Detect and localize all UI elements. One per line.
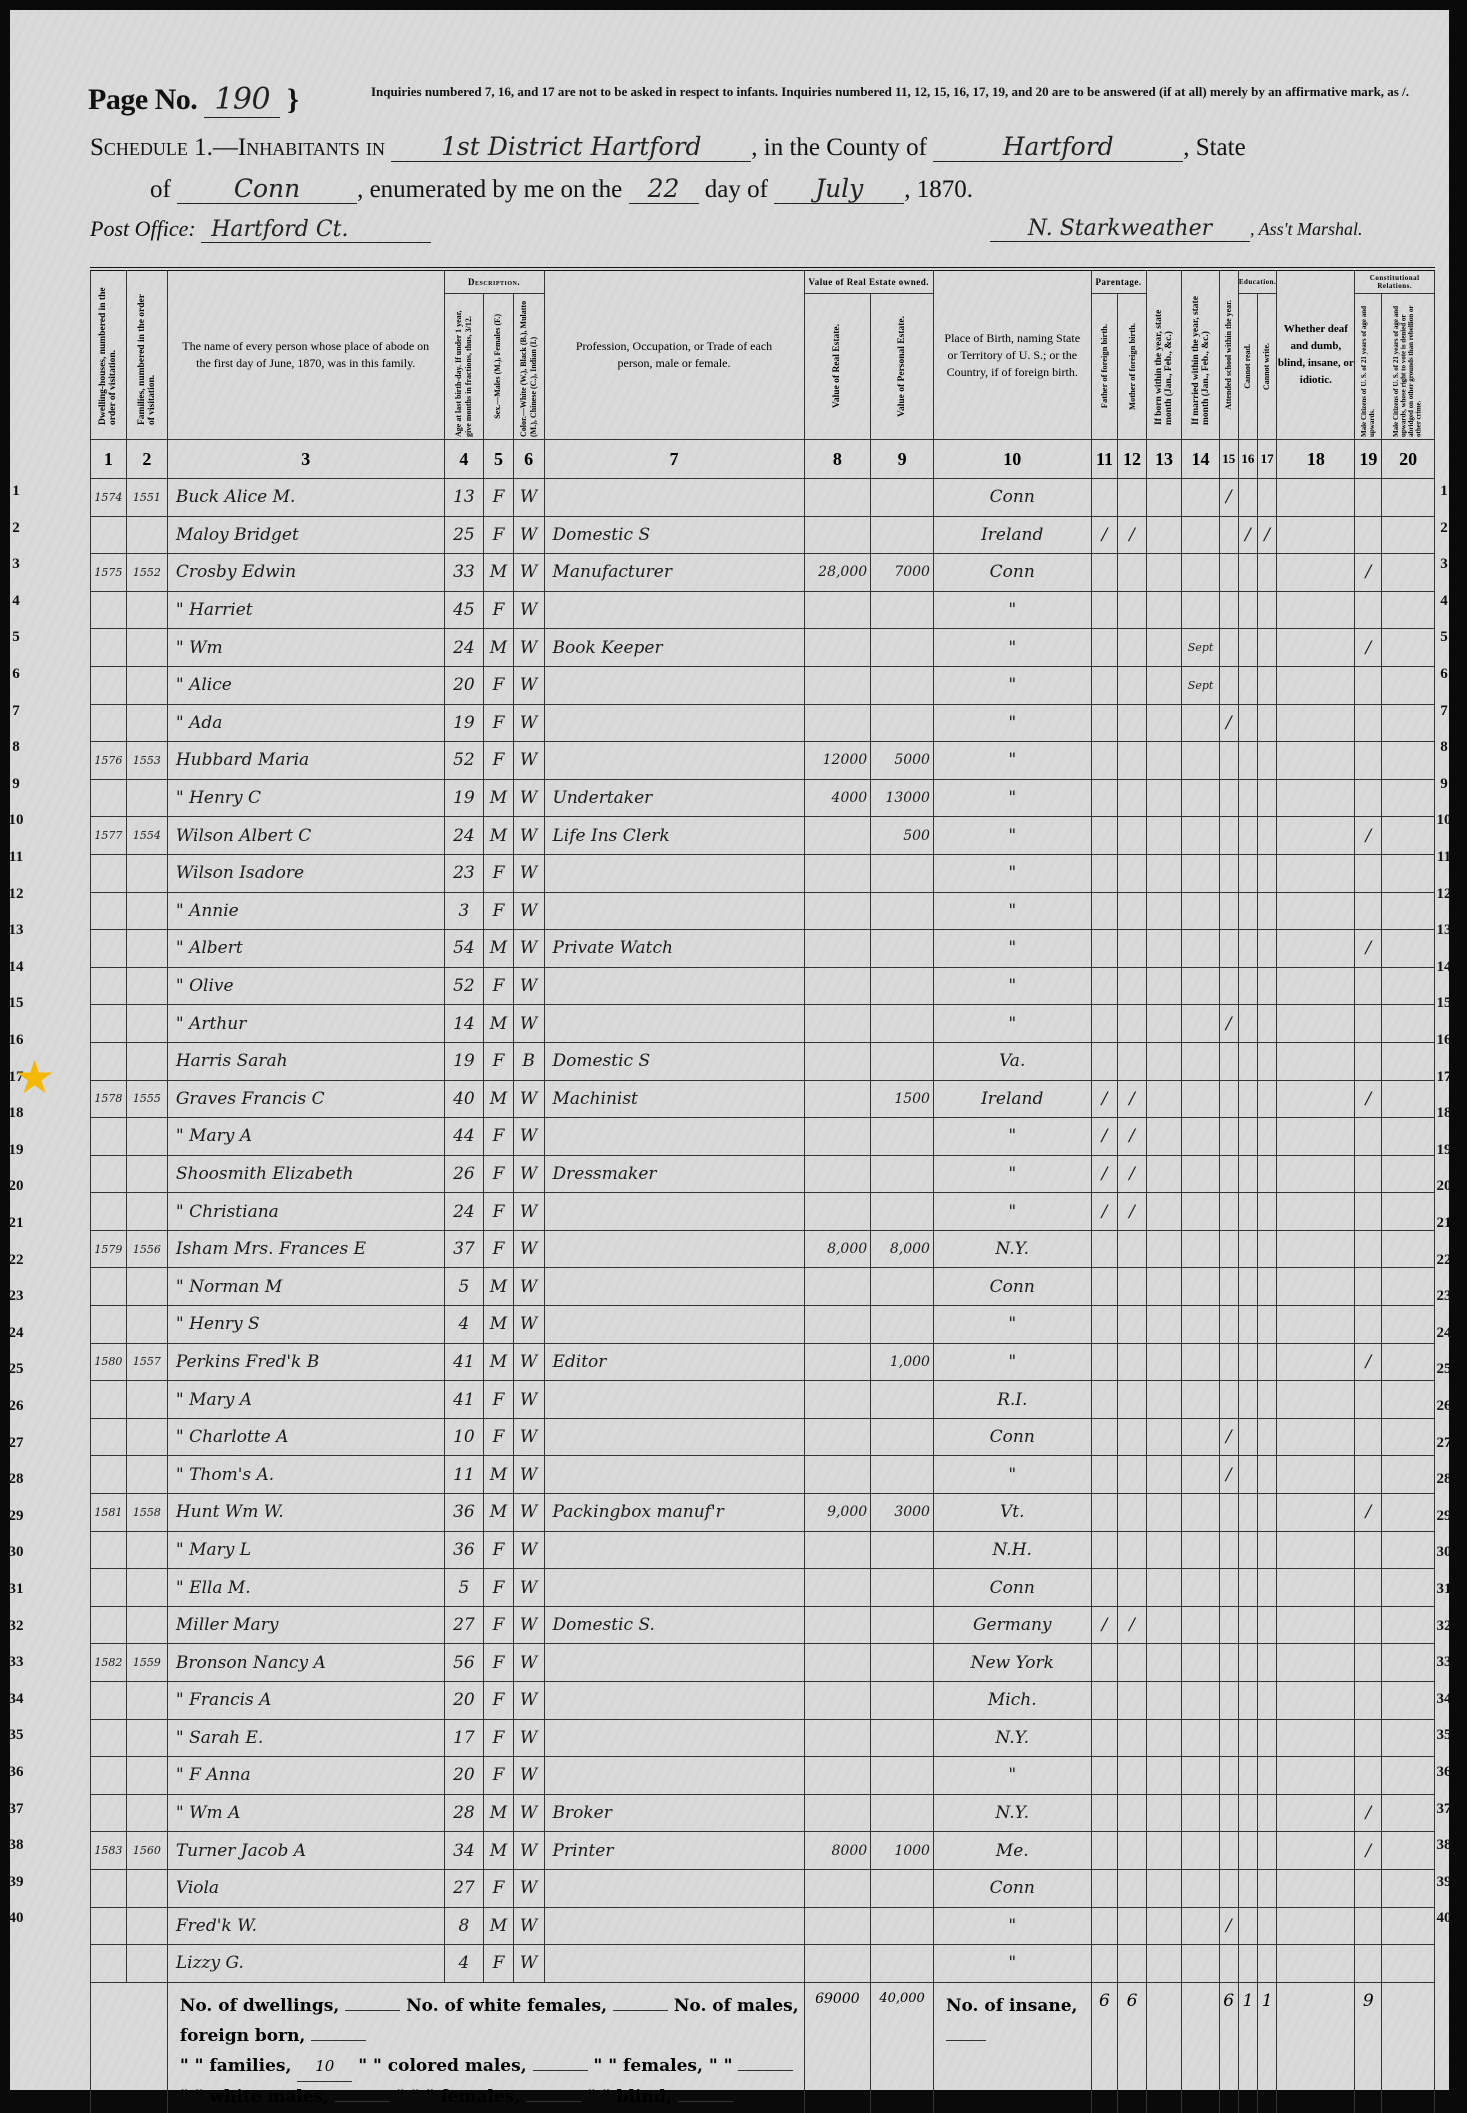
person-name: " Charlotte A bbox=[167, 1418, 444, 1456]
table-row: " Thom's A.11MW"/ bbox=[91, 1456, 1435, 1494]
real-estate-value: 9,000 bbox=[804, 1494, 871, 1532]
dwelling-number bbox=[91, 629, 127, 667]
personal-estate-value bbox=[871, 1418, 934, 1456]
line-number: 18 bbox=[2, 1105, 30, 1122]
line-number: 1 bbox=[2, 483, 30, 500]
birthplace: " bbox=[933, 1005, 1091, 1043]
cannot-write-mark bbox=[1258, 1832, 1277, 1870]
vote-denied-mark bbox=[1382, 930, 1435, 968]
occupation bbox=[544, 1907, 804, 1945]
school-mark bbox=[1219, 1042, 1238, 1080]
mother-foreign-mark bbox=[1118, 1794, 1146, 1832]
real-estate-value bbox=[804, 1794, 871, 1832]
married-month bbox=[1182, 704, 1219, 742]
school-mark bbox=[1219, 1945, 1238, 1983]
vote-denied-mark bbox=[1382, 1456, 1435, 1494]
father-foreign-mark bbox=[1091, 1418, 1118, 1456]
vote-denied-mark bbox=[1382, 854, 1435, 892]
personal-estate-value bbox=[871, 1381, 934, 1419]
cannot-write-mark bbox=[1258, 554, 1277, 592]
disability bbox=[1277, 1531, 1355, 1569]
birthplace: Germany bbox=[933, 1606, 1091, 1644]
dwelling-number bbox=[91, 1456, 127, 1494]
married-month bbox=[1182, 1794, 1219, 1832]
instructions-note: Inquiries numbered 7, 16, and 17 are not… bbox=[340, 84, 1440, 100]
color: W bbox=[513, 554, 544, 592]
married-month bbox=[1182, 930, 1219, 968]
cannot-read-mark bbox=[1238, 1832, 1257, 1870]
school-mark bbox=[1219, 892, 1238, 930]
color: W bbox=[513, 1531, 544, 1569]
birthplace: " bbox=[933, 1456, 1091, 1494]
birthplace: Mich. bbox=[933, 1682, 1091, 1720]
state-field: Conn bbox=[177, 174, 357, 204]
birthplace: " bbox=[933, 742, 1091, 780]
person-name: Crosby Edwin bbox=[167, 554, 444, 592]
color: W bbox=[513, 1794, 544, 1832]
line-number: 14 bbox=[2, 959, 30, 976]
school-mark bbox=[1219, 779, 1238, 817]
born-month bbox=[1146, 479, 1182, 517]
table-row: 15751552Crosby Edwin33MWManufacturer28,0… bbox=[91, 554, 1435, 592]
line-number: 12 bbox=[2, 886, 30, 903]
real-estate-value bbox=[804, 1080, 871, 1118]
table-row: " Sarah E.17FWN.Y. bbox=[91, 1719, 1435, 1757]
cannot-read-mark bbox=[1238, 666, 1257, 704]
birthplace: " bbox=[933, 1155, 1091, 1193]
disability bbox=[1277, 1719, 1355, 1757]
occupation: Editor bbox=[544, 1343, 804, 1381]
sex: F bbox=[484, 1381, 513, 1419]
age: 14 bbox=[444, 1005, 484, 1043]
personal-estate-value bbox=[871, 1005, 934, 1043]
cannot-write-total: 1 bbox=[1258, 1982, 1277, 2113]
person-name: Isham Mrs. Frances E bbox=[167, 1230, 444, 1268]
male-citizen-mark bbox=[1355, 1719, 1382, 1757]
family-number bbox=[126, 1418, 167, 1456]
line-number: 39 bbox=[2, 1874, 30, 1891]
cannot-write-mark bbox=[1258, 1306, 1277, 1344]
mother-foreign-mark bbox=[1118, 1042, 1146, 1080]
color: W bbox=[513, 1945, 544, 1983]
real-estate-value bbox=[804, 1682, 871, 1720]
table-row: 15821559Bronson Nancy A56FWNew York bbox=[91, 1644, 1435, 1682]
age: 52 bbox=[444, 967, 484, 1005]
mother-foreign-mark bbox=[1118, 1456, 1146, 1494]
born-month bbox=[1146, 1268, 1182, 1306]
vote-denied-mark bbox=[1382, 479, 1435, 517]
table-row: Lizzy G.4FW" bbox=[91, 1945, 1435, 1983]
table-row: " Ada19FW"/ bbox=[91, 704, 1435, 742]
vote-denied-mark bbox=[1382, 1418, 1435, 1456]
cannot-write-mark bbox=[1258, 1682, 1277, 1720]
father-foreign-mark bbox=[1091, 1569, 1118, 1607]
vote-denied-mark bbox=[1382, 1193, 1435, 1231]
married-month bbox=[1182, 1005, 1219, 1043]
real-estate-value bbox=[804, 629, 871, 667]
male-citizen-mark bbox=[1355, 1907, 1382, 1945]
personal-estate-value bbox=[871, 479, 934, 517]
person-name: Perkins Fred'k B bbox=[167, 1343, 444, 1381]
born-month bbox=[1146, 1794, 1182, 1832]
color: W bbox=[513, 704, 544, 742]
person-name: " Harriet bbox=[167, 591, 444, 629]
born-month bbox=[1146, 967, 1182, 1005]
married-month bbox=[1182, 742, 1219, 780]
married-month bbox=[1182, 479, 1219, 517]
father-foreign-mark bbox=[1091, 1531, 1118, 1569]
male-citizen-mark bbox=[1355, 1757, 1382, 1795]
vote-denied-mark bbox=[1382, 1869, 1435, 1907]
mother-foreign-mark bbox=[1118, 1268, 1146, 1306]
cannot-read-mark bbox=[1238, 930, 1257, 968]
family-number bbox=[126, 1757, 167, 1795]
birthplace: " bbox=[933, 666, 1091, 704]
vote-denied-mark bbox=[1382, 1794, 1435, 1832]
married-month bbox=[1182, 1230, 1219, 1268]
cannot-write-mark bbox=[1258, 817, 1277, 855]
dwelling-number bbox=[91, 779, 127, 817]
color: W bbox=[513, 1757, 544, 1795]
color: W bbox=[513, 967, 544, 1005]
vote-denied-mark bbox=[1382, 1719, 1435, 1757]
married-month bbox=[1182, 1682, 1219, 1720]
county-field: Hartford bbox=[933, 132, 1183, 162]
born-month bbox=[1146, 1306, 1182, 1344]
occupation bbox=[544, 1531, 804, 1569]
mother-foreign-mark: / bbox=[1118, 1118, 1146, 1156]
birthplace: " bbox=[933, 779, 1091, 817]
cannot-write-mark bbox=[1258, 1644, 1277, 1682]
disability bbox=[1277, 1268, 1355, 1306]
father-foreign-mark bbox=[1091, 1005, 1118, 1043]
birthplace: N.Y. bbox=[933, 1230, 1091, 1268]
real-estate-value bbox=[804, 1719, 871, 1757]
age: 11 bbox=[444, 1456, 484, 1494]
occupation bbox=[544, 1418, 804, 1456]
marshal-signature-line: N. Starkweather, Ass't Marshal. bbox=[990, 216, 1363, 242]
real-estate-value bbox=[804, 1869, 871, 1907]
sex: M bbox=[484, 930, 513, 968]
disability bbox=[1277, 1494, 1355, 1532]
born-month bbox=[1146, 892, 1182, 930]
personal-estate-value bbox=[871, 591, 934, 629]
personal-estate-value: 1000 bbox=[871, 1832, 934, 1870]
born-month bbox=[1146, 1907, 1182, 1945]
table-row: 15811558Hunt Wm W.36MWPackingbox manuf'r… bbox=[91, 1494, 1435, 1532]
sex: F bbox=[484, 1569, 513, 1607]
real-estate-value bbox=[804, 967, 871, 1005]
vote-denied-mark bbox=[1382, 1606, 1435, 1644]
sex: M bbox=[484, 1907, 513, 1945]
occupation bbox=[544, 666, 804, 704]
male-citizen-mark bbox=[1355, 1230, 1382, 1268]
family-number: 1556 bbox=[126, 1230, 167, 1268]
day-field: 22 bbox=[629, 174, 699, 204]
line-number: 11 bbox=[2, 849, 30, 866]
male-citizen-mark bbox=[1355, 1193, 1382, 1231]
table-row: Shoosmith Elizabeth26FWDressmaker"// bbox=[91, 1155, 1435, 1193]
mother-foreign-mark bbox=[1118, 1945, 1146, 1983]
mother-foreign-total: 6 bbox=[1118, 1982, 1146, 2113]
male-citizen-mark: / bbox=[1355, 1794, 1382, 1832]
school-total: 6 bbox=[1219, 1982, 1238, 2113]
cannot-read-mark bbox=[1238, 1644, 1257, 1682]
birthplace: " bbox=[933, 1193, 1091, 1231]
personal-estate-value bbox=[871, 1531, 934, 1569]
personal-estate-value bbox=[871, 892, 934, 930]
table-row: " F Anna20FW" bbox=[91, 1757, 1435, 1795]
dwelling-number bbox=[91, 1606, 127, 1644]
disability bbox=[1277, 1456, 1355, 1494]
real-estate-value bbox=[804, 1456, 871, 1494]
real-estate-value bbox=[804, 930, 871, 968]
person-name: Bronson Nancy A bbox=[167, 1644, 444, 1682]
disability bbox=[1277, 1757, 1355, 1795]
color: W bbox=[513, 1569, 544, 1607]
dwelling-number bbox=[91, 1005, 127, 1043]
color: W bbox=[513, 666, 544, 704]
cannot-read-mark bbox=[1238, 1268, 1257, 1306]
person-name: Maloy Bridget bbox=[167, 516, 444, 554]
disability bbox=[1277, 1606, 1355, 1644]
line-number: 21 bbox=[2, 1215, 30, 1232]
table-row: " Alice20FW"Sept bbox=[91, 666, 1435, 704]
cannot-read-mark bbox=[1238, 1005, 1257, 1043]
school-mark bbox=[1219, 554, 1238, 592]
mother-foreign-mark bbox=[1118, 704, 1146, 742]
family-number: 1552 bbox=[126, 554, 167, 592]
line-number: 20 bbox=[2, 1178, 30, 1195]
person-name: Wilson Isadore bbox=[167, 854, 444, 892]
personal-estate-value bbox=[871, 1306, 934, 1344]
cannot-write-mark bbox=[1258, 1456, 1277, 1494]
vote-denied-mark bbox=[1382, 1757, 1435, 1795]
school-mark bbox=[1219, 742, 1238, 780]
age: 24 bbox=[444, 629, 484, 667]
birthplace: " bbox=[933, 967, 1091, 1005]
occupation bbox=[544, 1757, 804, 1795]
cannot-read-mark bbox=[1238, 1757, 1257, 1795]
person-name: " Henry S bbox=[167, 1306, 444, 1344]
sex: F bbox=[484, 892, 513, 930]
family-number bbox=[126, 854, 167, 892]
cannot-write-mark bbox=[1258, 1418, 1277, 1456]
real-estate-value bbox=[804, 1306, 871, 1344]
line-number: 26 bbox=[2, 1398, 30, 1415]
age: 33 bbox=[444, 554, 484, 592]
family-number bbox=[126, 1042, 167, 1080]
person-name: Harris Sarah bbox=[167, 1042, 444, 1080]
dwelling-number bbox=[91, 591, 127, 629]
dwelling-number: 1583 bbox=[91, 1832, 127, 1870]
male-citizen-mark: / bbox=[1355, 817, 1382, 855]
sex: M bbox=[484, 554, 513, 592]
father-foreign-mark bbox=[1091, 1230, 1118, 1268]
family-number: 1554 bbox=[126, 817, 167, 855]
vote-denied-mark bbox=[1382, 742, 1435, 780]
person-name: " Albert bbox=[167, 930, 444, 968]
cannot-write-mark bbox=[1258, 666, 1277, 704]
person-name: " Francis A bbox=[167, 1682, 444, 1720]
school-mark: / bbox=[1219, 1907, 1238, 1945]
sex: F bbox=[484, 1682, 513, 1720]
cannot-read-mark bbox=[1238, 1569, 1257, 1607]
family-number bbox=[126, 967, 167, 1005]
color: W bbox=[513, 1306, 544, 1344]
line-number: 19 bbox=[2, 1142, 30, 1159]
table-row: Maloy Bridget25FWDomestic SIreland//// bbox=[91, 516, 1435, 554]
dwelling-number bbox=[91, 1118, 127, 1156]
age: 23 bbox=[444, 854, 484, 892]
person-name: Fred'k W. bbox=[167, 1907, 444, 1945]
cannot-read-mark bbox=[1238, 1456, 1257, 1494]
cannot-write-mark bbox=[1258, 1230, 1277, 1268]
born-month bbox=[1146, 1343, 1182, 1381]
male-citizen-mark: / bbox=[1355, 1080, 1382, 1118]
male-citizen-mark bbox=[1355, 1042, 1382, 1080]
born-month bbox=[1146, 1869, 1182, 1907]
mother-foreign-mark bbox=[1118, 591, 1146, 629]
column-number-row: 123 456 789 101112 131415 161718 1920 bbox=[91, 440, 1435, 479]
real-estate-value bbox=[804, 1606, 871, 1644]
disability bbox=[1277, 1343, 1355, 1381]
table-row: 15801557Perkins Fred'k B41MWEditor1,000"… bbox=[91, 1343, 1435, 1381]
birthplace: R.I. bbox=[933, 1381, 1091, 1419]
cannot-write-mark: / bbox=[1258, 516, 1277, 554]
age: 10 bbox=[444, 1418, 484, 1456]
birthplace: Conn bbox=[933, 1268, 1091, 1306]
personal-estate-value bbox=[871, 1794, 934, 1832]
real-estate-value bbox=[804, 1569, 871, 1607]
line-number: 8 bbox=[2, 739, 30, 756]
married-month bbox=[1182, 1418, 1219, 1456]
mother-foreign-mark bbox=[1118, 1531, 1146, 1569]
male-citizen-mark bbox=[1355, 666, 1382, 704]
occupation bbox=[544, 1193, 804, 1231]
color: W bbox=[513, 1418, 544, 1456]
father-foreign-mark: / bbox=[1091, 516, 1118, 554]
father-foreign-mark bbox=[1091, 779, 1118, 817]
birthplace: N.H. bbox=[933, 1531, 1091, 1569]
dwelling-number bbox=[91, 1193, 127, 1231]
sex: M bbox=[484, 1494, 513, 1532]
line-number: 36 bbox=[2, 1764, 30, 1781]
married-month: Sept bbox=[1182, 629, 1219, 667]
born-month bbox=[1146, 1155, 1182, 1193]
birthplace: Va. bbox=[933, 1042, 1091, 1080]
cannot-write-mark bbox=[1258, 704, 1277, 742]
line-number: 31 bbox=[2, 1581, 30, 1598]
age: 36 bbox=[444, 1531, 484, 1569]
birthplace: " bbox=[933, 892, 1091, 930]
father-foreign-mark bbox=[1091, 704, 1118, 742]
married-month bbox=[1182, 1042, 1219, 1080]
married-month bbox=[1182, 817, 1219, 855]
male-citizen-mark: / bbox=[1355, 930, 1382, 968]
personal-estate-value bbox=[871, 1869, 934, 1907]
occupation: Packingbox manuf'r bbox=[544, 1494, 804, 1532]
disability bbox=[1277, 1869, 1355, 1907]
line-number: 30 bbox=[2, 1544, 30, 1561]
father-foreign-mark bbox=[1091, 1869, 1118, 1907]
table-row: 15791556Isham Mrs. Frances E37FW8,0008,0… bbox=[91, 1230, 1435, 1268]
family-number bbox=[126, 629, 167, 667]
line-number: 15 bbox=[2, 995, 30, 1012]
real-estate-value bbox=[804, 1268, 871, 1306]
born-month bbox=[1146, 1494, 1182, 1532]
male-citizen-mark bbox=[1355, 1945, 1382, 1983]
school-mark bbox=[1219, 1343, 1238, 1381]
real-estate-value bbox=[804, 1531, 871, 1569]
mother-foreign-mark bbox=[1118, 930, 1146, 968]
disability bbox=[1277, 1907, 1355, 1945]
cannot-read-mark bbox=[1238, 1080, 1257, 1118]
real-estate-value bbox=[804, 1644, 871, 1682]
mother-foreign-mark bbox=[1118, 1418, 1146, 1456]
cannot-read-mark bbox=[1238, 1042, 1257, 1080]
married-month bbox=[1182, 1606, 1219, 1644]
occupation bbox=[544, 854, 804, 892]
occupation: Printer bbox=[544, 1832, 804, 1870]
family-number bbox=[126, 1268, 167, 1306]
cannot-read-mark bbox=[1238, 742, 1257, 780]
occupation bbox=[544, 1005, 804, 1043]
mother-foreign-mark bbox=[1118, 666, 1146, 704]
married-month bbox=[1182, 1494, 1219, 1532]
color: W bbox=[513, 516, 544, 554]
vote-denied-mark bbox=[1382, 967, 1435, 1005]
family-number bbox=[126, 1306, 167, 1344]
school-mark bbox=[1219, 1682, 1238, 1720]
occupation bbox=[544, 704, 804, 742]
dwelling-number bbox=[91, 1268, 127, 1306]
cannot-read-mark bbox=[1238, 1306, 1257, 1344]
real-estate-value bbox=[804, 1418, 871, 1456]
table-row: " Albert54MWPrivate Watch"/ bbox=[91, 930, 1435, 968]
married-month bbox=[1182, 1193, 1219, 1231]
mother-foreign-mark: / bbox=[1118, 1080, 1146, 1118]
mother-foreign-mark: / bbox=[1118, 1155, 1146, 1193]
cannot-write-mark bbox=[1258, 1268, 1277, 1306]
age: 19 bbox=[444, 779, 484, 817]
census-table: Dwelling-houses, numbered in the order o… bbox=[90, 267, 1435, 2113]
family-number: 1553 bbox=[126, 742, 167, 780]
month-field: July bbox=[774, 174, 904, 204]
sex: M bbox=[484, 1005, 513, 1043]
family-number bbox=[126, 1907, 167, 1945]
born-month bbox=[1146, 1118, 1182, 1156]
cannot-read-mark bbox=[1238, 892, 1257, 930]
male-citizen-mark bbox=[1355, 1418, 1382, 1456]
mother-foreign-mark bbox=[1118, 779, 1146, 817]
dwelling-number: 1577 bbox=[91, 817, 127, 855]
male-citizen-mark bbox=[1355, 704, 1382, 742]
occupation: Private Watch bbox=[544, 930, 804, 968]
personal-estate-value: 1500 bbox=[871, 1080, 934, 1118]
dwelling-number: 1578 bbox=[91, 1080, 127, 1118]
occupation bbox=[544, 1869, 804, 1907]
sex: M bbox=[484, 817, 513, 855]
male-citizens-total: 9 bbox=[1355, 1982, 1382, 2113]
person-name: " Mary L bbox=[167, 1531, 444, 1569]
personal-estate-value bbox=[871, 967, 934, 1005]
table-row: Viola27FWConn bbox=[91, 1869, 1435, 1907]
cannot-read-mark bbox=[1238, 1381, 1257, 1419]
vote-denied-mark bbox=[1382, 1268, 1435, 1306]
father-foreign-mark bbox=[1091, 1381, 1118, 1419]
color: W bbox=[513, 779, 544, 817]
